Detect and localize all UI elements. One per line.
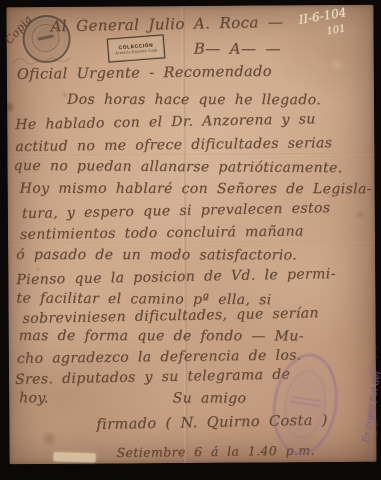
scanned-letter-photo: Copia II-6-104 101 COLECCIÓN Armario Est… (0, 0, 381, 480)
body-line: cho agradezco la deferencia de los. (17, 347, 302, 366)
body-line: te facilitar el camino pª ella, si (16, 290, 271, 308)
certification-signature-flourish (361, 345, 378, 465)
body-line: sobreviniesen dificultades, que serían (22, 305, 319, 327)
recipient-line: Al General Julio A. Roca — (50, 13, 283, 35)
collection-box-stamp: COLECCIÓN Armario Estante Caja (107, 34, 166, 63)
place-line: B— A— — (194, 40, 281, 58)
paper-abrasion-patch (53, 452, 95, 462)
body-line: Hoy mismo hablaré con Señores de Legisla… (20, 181, 372, 198)
letter-paper: Copia II-6-104 101 COLECCIÓN Armario Est… (6, 5, 376, 465)
body-line: actitud no me ofrece dificultades serias (15, 135, 332, 155)
closing-line: hoy. Su amigo (19, 390, 246, 406)
body-line: tura, y espero que si prevalecen estos (22, 200, 331, 222)
archival-code-secondary: 101 (326, 23, 347, 37)
subject-line: Oficial Urgente - Recomendado (17, 64, 272, 83)
body-line: Dos horas hace que he llegado. (67, 92, 321, 108)
body-line: mas de forma que de fondo — Mu- (19, 328, 304, 344)
body-line: ó pasado de un modo satisfactorio. (16, 247, 297, 263)
body-line: Pienso que la posicion de Vd. le permi- (16, 266, 336, 288)
body-line: He hablado con el Dr. Anzorena y su (15, 111, 316, 133)
body-line: que no puedan allanarse patrióticamente. (13, 158, 342, 176)
body-line: Sres. diputados y su telegrama de (15, 367, 291, 388)
body-line: sentimientos todo concluirá mañana (20, 223, 304, 242)
